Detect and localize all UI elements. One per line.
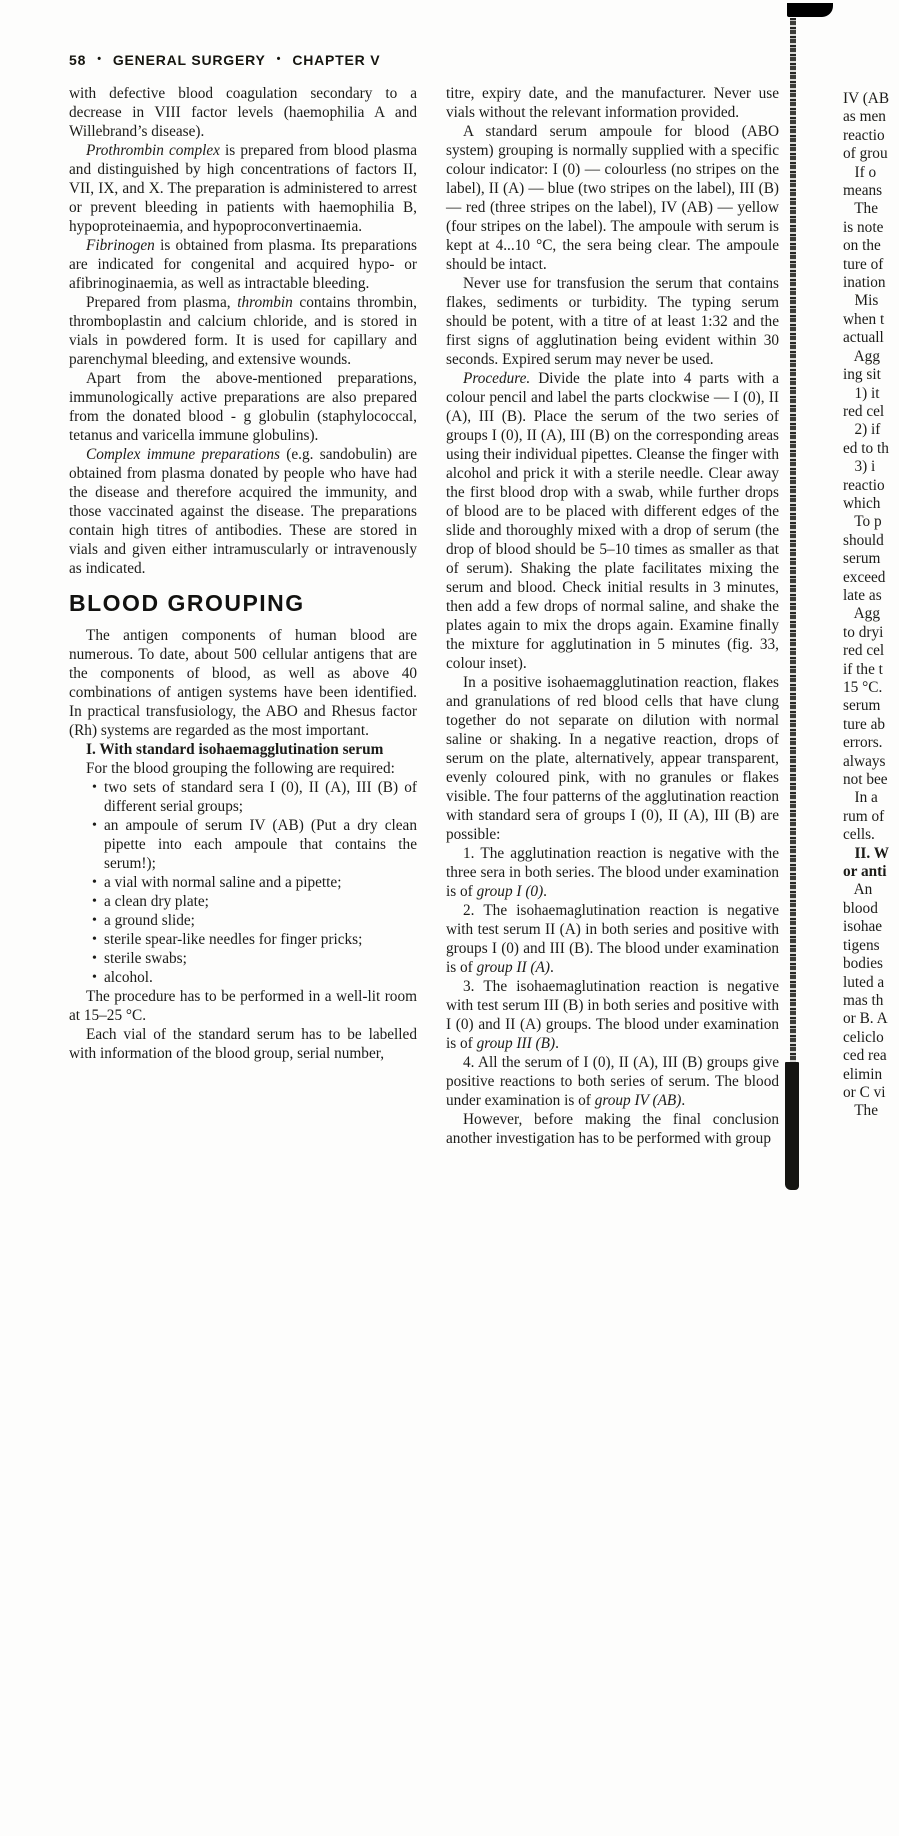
clipped-text-line: IV (AB: [843, 90, 899, 108]
paragraph-requirements-intro: For the blood grouping the following are…: [69, 759, 417, 778]
list-item-group-2: 2. The isohaemaglutination reaction is n…: [446, 901, 779, 977]
paragraph-antigen-components: The antigen components of human blood ar…: [69, 626, 417, 740]
clipped-text-line: If o: [843, 164, 899, 182]
clipped-text-line: on the: [843, 237, 899, 255]
clipped-text-line: ture ab: [843, 716, 899, 734]
paragraph-procedure: Procedure. Divide the plate into 4 parts…: [446, 369, 779, 673]
paragraph-room-conditions: The procedure has to be performed in a w…: [69, 987, 417, 1025]
clipped-text-line: cells.: [843, 826, 899, 844]
clipped-text-line: ture of: [843, 256, 899, 274]
paragraph-immunological-preparations: Apart from the above-mentioned preparati…: [69, 369, 417, 445]
paragraph-text: .: [555, 1035, 559, 1052]
clipped-text-line: reactio: [843, 477, 899, 495]
running-header: 58 • GENERAL SURGERY • CHAPTER V: [69, 52, 380, 68]
paragraph-text: .: [550, 959, 554, 976]
clipped-text-line: tigens: [843, 937, 899, 955]
paragraph-prothrombin: Prothrombin complex is prepared from blo…: [69, 141, 417, 236]
clipped-text-line: which: [843, 495, 899, 513]
paragraph-text: (e.g. sandobulin) are obtained from plas…: [69, 446, 417, 577]
paragraph-however: However, before making the final conclus…: [446, 1110, 779, 1148]
paragraph-positive-reaction: In a positive isohaemagglutination react…: [446, 673, 779, 844]
paragraph-text: Prepared from plasma,: [86, 294, 237, 311]
clipped-text-line: Agg: [843, 348, 899, 366]
italic-group-4: group IV (AB): [595, 1092, 682, 1109]
binding-gutter-shadow: [790, 18, 796, 1068]
paragraph-coagulation-continuation: with defective blood coagulation seconda…: [69, 84, 417, 141]
clipped-text-line: celiclo: [843, 1029, 899, 1047]
clipped-text-line: always: [843, 753, 899, 771]
supply-item: a vial with normal saline and a pipette;: [92, 873, 417, 892]
clipped-text-line: Agg: [843, 605, 899, 623]
clipped-text-line: In a: [843, 789, 899, 807]
paragraph-text: .: [681, 1092, 685, 1109]
list-item-group-1: 1. The agglutination reaction is negativ…: [446, 844, 779, 901]
left-column: with defective blood coagulation seconda…: [69, 84, 417, 1063]
list-item-group-4: 4. All the serum of I (0), II (A), III (…: [446, 1053, 779, 1110]
clipped-text-line: luted a: [843, 974, 899, 992]
italic-group-1: group I (0): [477, 883, 544, 900]
clipped-text-line: 2) if: [843, 421, 899, 439]
paragraph-text: Divide the plate into 4 parts with a col…: [446, 370, 779, 672]
clipped-text-line: II. W: [843, 845, 899, 863]
section-heading-blood-grouping: BLOOD GROUPING: [69, 594, 417, 613]
paragraph-vial-labelling: Each vial of the standard serum has to b…: [69, 1025, 417, 1063]
clipped-text-line: bodies: [843, 955, 899, 973]
clipped-text-line: means: [843, 182, 899, 200]
book-title: GENERAL SURGERY: [113, 52, 266, 68]
clipped-text-line: 15 °C.: [843, 679, 899, 697]
paragraph-fibrinogen: Fibrinogen is obtained from plasma. Its …: [69, 236, 417, 293]
italic-group-3: group III (B): [477, 1035, 555, 1052]
subheading-standard-serum-method: I. With standard isohaemagglutination se…: [69, 740, 417, 759]
supply-item: sterile spear-like needles for finger pr…: [92, 930, 417, 949]
supply-item: two sets of standard sera I (0), II (A),…: [92, 778, 417, 816]
binding-gutter-shadow-bottom: [785, 1062, 799, 1190]
italic-term-complex-immune: Complex immune preparations: [86, 446, 280, 463]
page-number: 58: [69, 52, 86, 68]
clipped-text-line: or B. A: [843, 1010, 899, 1028]
clipped-text-line: to dryi: [843, 624, 899, 642]
paragraph-titre-continuation: titre, expiry date, and the manufacturer…: [446, 84, 779, 122]
supply-item: sterile swabs;: [92, 949, 417, 968]
clipped-text-line: should: [843, 532, 899, 550]
clipped-text-line: ination: [843, 274, 899, 292]
italic-term-fibrinogen: Fibrinogen: [86, 237, 155, 254]
paragraph-never-use-serum: Never use for transfusion the serum that…: [446, 274, 779, 369]
facing-page-clipped-column: IV (ABas menreactioof grou If omeans The…: [843, 90, 899, 1130]
clipped-text-line: reactio: [843, 127, 899, 145]
paragraph-text: .: [543, 883, 547, 900]
clipped-text-line: 1) it: [843, 385, 899, 403]
header-separator-dot: •: [277, 53, 282, 65]
supply-item: an ampoule of serum IV (AB) (Put a dry c…: [92, 816, 417, 873]
clipped-text-line: when t: [843, 311, 899, 329]
clipped-text-line: blood: [843, 900, 899, 918]
clipped-text-line: serum: [843, 697, 899, 715]
list-item-group-3: 3. The isohaemaglutination reaction is n…: [446, 977, 779, 1053]
clipped-text-line: exceed: [843, 569, 899, 587]
clipped-text-line: The: [843, 1102, 899, 1120]
clipped-text-line: if the t: [843, 661, 899, 679]
clipped-text-line: errors.: [843, 734, 899, 752]
clipped-text-line: or C vi: [843, 1084, 899, 1102]
clipped-text-line: Mis: [843, 292, 899, 310]
paragraph-complex-immune: Complex immune preparations (e.g. sandob…: [69, 445, 417, 578]
clipped-text-line: actuall: [843, 329, 899, 347]
scan-corner-artifact: [787, 3, 833, 17]
clipped-text-line: mas th: [843, 992, 899, 1010]
clipped-text-line: 3) i: [843, 458, 899, 476]
chapter-label: CHAPTER V: [292, 52, 380, 68]
clipped-text-line: ing sit: [843, 366, 899, 384]
italic-term-procedure: Procedure.: [463, 370, 530, 387]
supplies-list: two sets of standard sera I (0), II (A),…: [69, 778, 417, 987]
clipped-text-line: red cel: [843, 403, 899, 421]
supply-item: a clean dry plate;: [92, 892, 417, 911]
supply-item: alcohol.: [92, 968, 417, 987]
middle-column: titre, expiry date, and the manufacturer…: [446, 84, 779, 1148]
clipped-text-line: The: [843, 200, 899, 218]
clipped-text-line: red cel: [843, 642, 899, 660]
clipped-text-line: ed to th: [843, 440, 899, 458]
clipped-text-line: elimin: [843, 1066, 899, 1084]
clipped-text-line: An: [843, 881, 899, 899]
clipped-text-line: serum: [843, 550, 899, 568]
clipped-text-line: of grou: [843, 145, 899, 163]
header-separator-dot: •: [97, 53, 102, 65]
italic-group-2: group II (A): [477, 959, 550, 976]
clipped-text-line: not bee: [843, 771, 899, 789]
clipped-text-line: late as: [843, 587, 899, 605]
paragraph-thrombin: Prepared from plasma, thrombin contains …: [69, 293, 417, 369]
italic-term-prothrombin: Prothrombin complex: [86, 142, 220, 159]
clipped-text-line: is note: [843, 219, 899, 237]
clipped-text-line: as men: [843, 108, 899, 126]
italic-term-thrombin: thrombin: [237, 294, 293, 311]
clipped-text-line: or anti: [843, 863, 899, 881]
scanned-book-page: 58 • GENERAL SURGERY • CHAPTER V with de…: [0, 0, 899, 1836]
paragraph-colour-indicator: A standard serum ampoule for blood (ABO …: [446, 122, 779, 274]
supply-item: a ground slide;: [92, 911, 417, 930]
clipped-text-line: isohae: [843, 918, 899, 936]
clipped-text-line: rum of: [843, 808, 899, 826]
clipped-text-line: To p: [843, 513, 899, 531]
clipped-text-line: ced rea: [843, 1047, 899, 1065]
